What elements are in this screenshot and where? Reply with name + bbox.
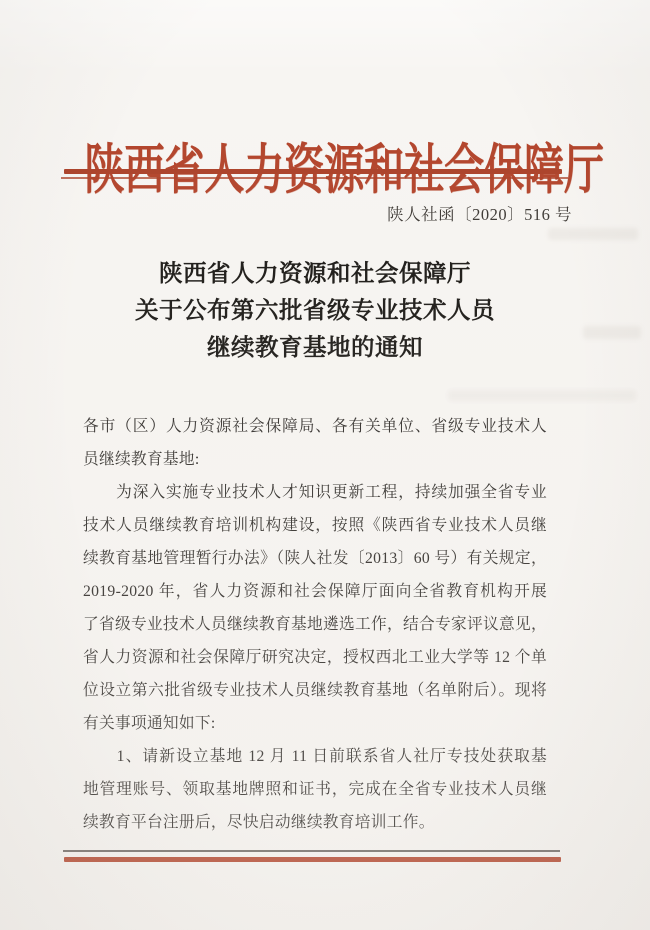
document-number: 陕人社函〔2020〕516 号 — [387, 201, 572, 225]
body-line: 员继续教育基地: — [83, 443, 547, 476]
bleed-through-artifact — [583, 326, 641, 339]
body-line: 省人力资源和社会保障厅研究决定，授权西北工业大学等 12 个单 — [83, 641, 547, 674]
body-line: 各市（区）人力资源社会保障局、各有关单位、省级专业技术人 — [83, 410, 547, 443]
body-line: 有关事项通知如下: — [83, 707, 547, 740]
footer-rule-red — [64, 857, 561, 862]
bleed-through-artifact — [548, 228, 638, 240]
body-line: 技术人员继续教育培训机构建设，按照《陕西省专业技术人员继 — [83, 509, 547, 542]
body-line: 2019-2020 年，省人力资源和社会保障厅面向全省教育机构开展 — [83, 575, 547, 608]
body-line: 位设立第六批省级专业技术人员继续教育基地（名单附后）。现将 — [83, 674, 547, 707]
scanned-document-page: 陕西省人力资源和社会保障厅 陕人社函〔2020〕516 号 陕西省人力资源和社会… — [0, 0, 650, 930]
body-line: 1、请新设立基地 12 月 11 日前联系省人社厅专技处获取基 — [83, 740, 547, 773]
body-line: 续教育平台注册后，尽快启动继续教育培训工作。 — [83, 806, 547, 839]
letterhead-rule-thin — [61, 177, 568, 179]
body-line: 地管理账号、领取基地牌照和证书，完成在全省专业技术人员继 — [83, 773, 547, 806]
document-title-line: 陕西省人力资源和社会保障厅 — [83, 256, 547, 293]
body-line: 了省级专业技术人员继续教育基地遴选工作，结合专家评议意见， — [83, 608, 547, 641]
document-body: 各市（区）人力资源社会保障局、各有关单位、省级专业技术人员继续教育基地: 为深入… — [83, 410, 547, 839]
document-title-line: 继续教育基地的通知 — [83, 330, 547, 367]
document-title-line: 关于公布第六批省级专业技术人员 — [83, 293, 547, 330]
body-line: 续教育基地管理暂行办法》（陕人社发〔2013〕60 号）有关规定， — [83, 542, 547, 575]
footer-rule-gray — [63, 850, 560, 852]
bleed-through-artifact — [448, 390, 636, 401]
letterhead-rule-thick — [64, 169, 562, 174]
document-title: 陕西省人力资源和社会保障厅 关于公布第六批省级专业技术人员 继续教育基地的通知 — [83, 256, 547, 367]
body-line: 为深入实施专业技术人才知识更新工程，持续加强全省专业 — [83, 476, 547, 509]
